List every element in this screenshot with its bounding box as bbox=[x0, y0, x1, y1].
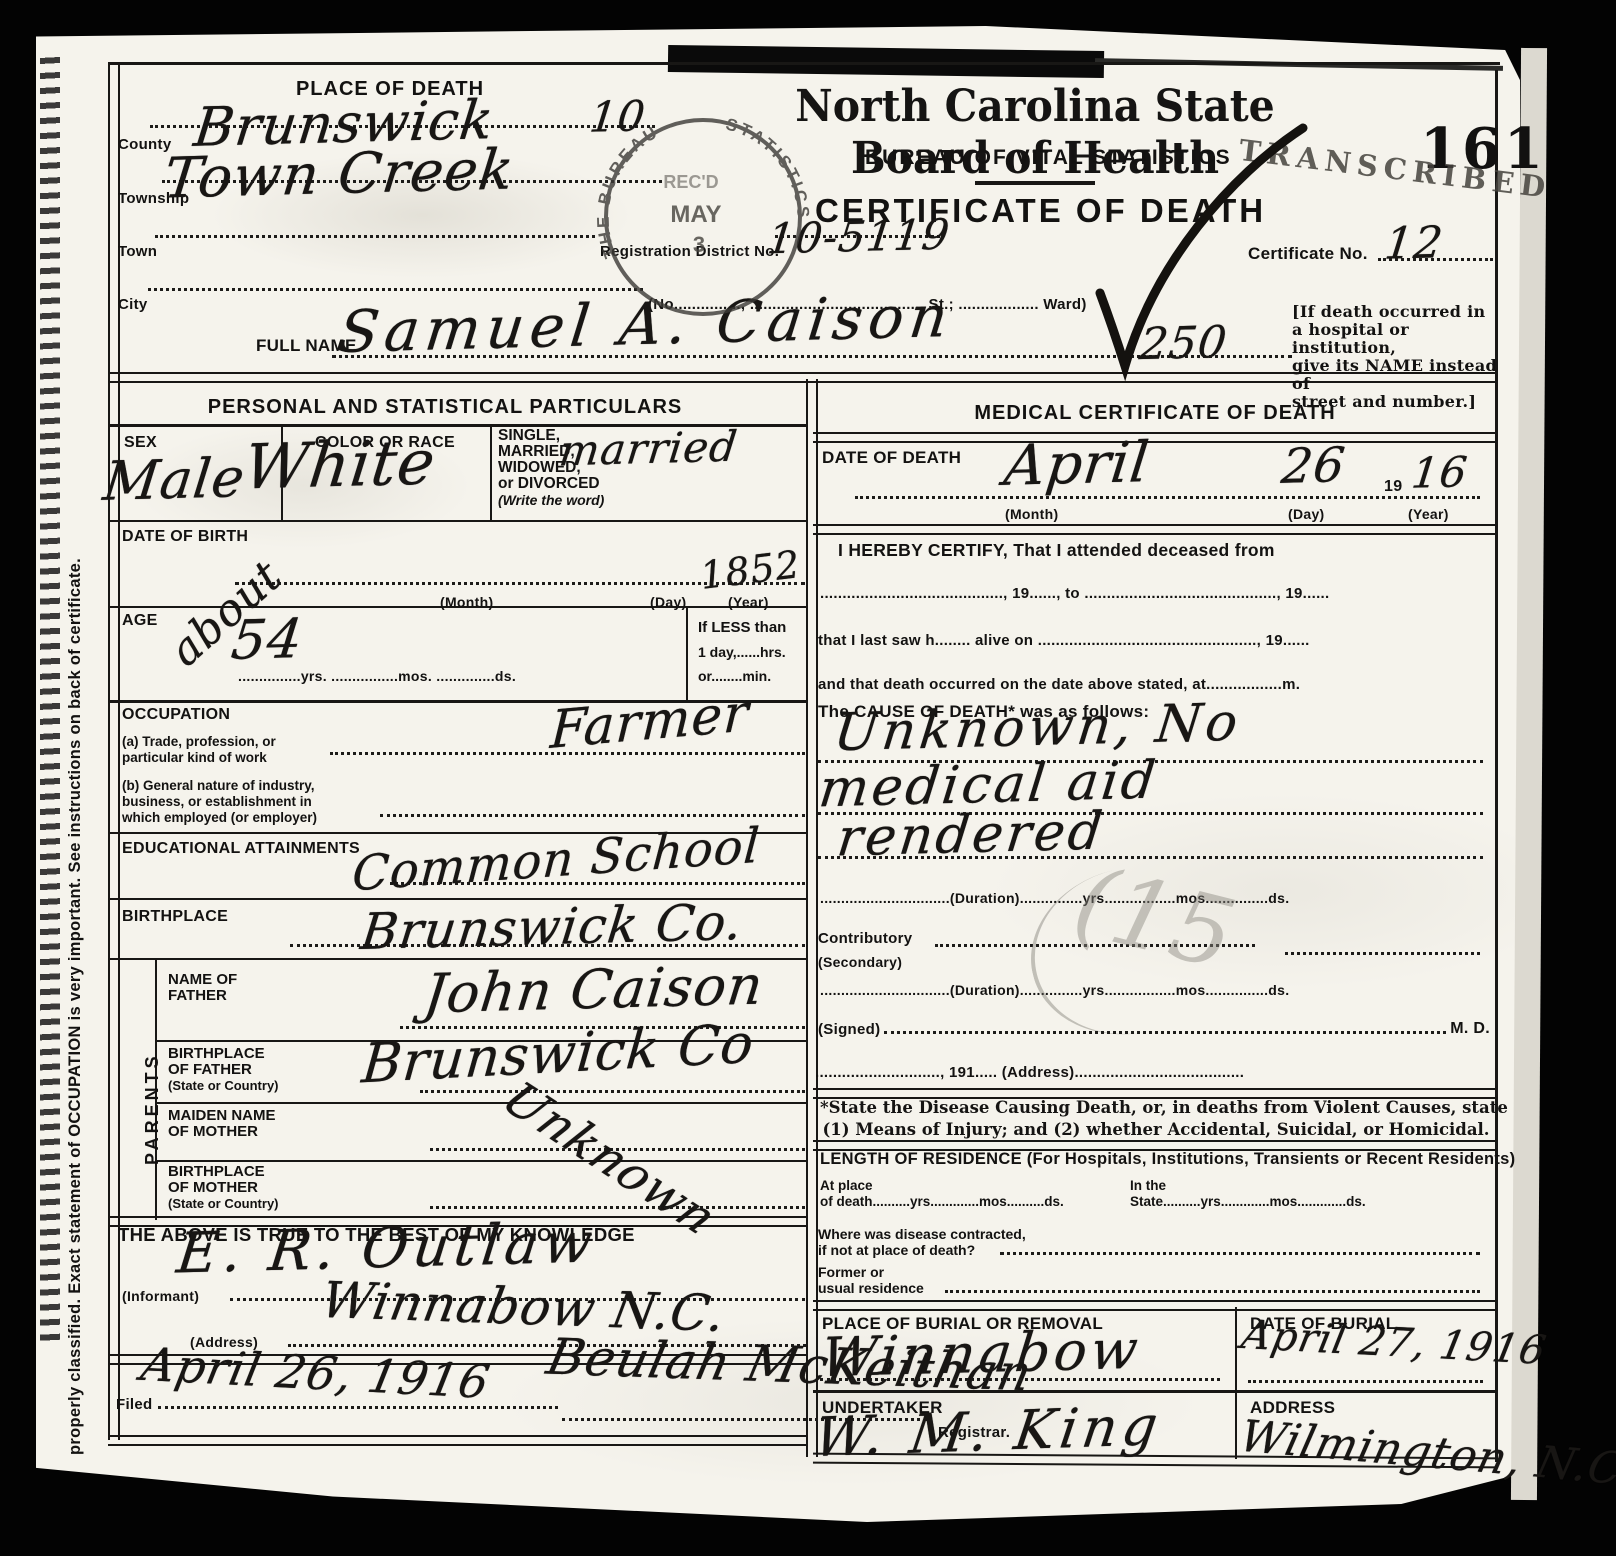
occupation-label: OCCUPATION bbox=[122, 706, 230, 724]
stamp-arc-top: THE BUREAU bbox=[596, 122, 663, 261]
age-units-line[interactable]: ...............yrs. ................mos.… bbox=[238, 668, 516, 684]
township-value: Town Creek bbox=[161, 137, 518, 211]
occ-a-line: (a) Trade, profession, or bbox=[122, 734, 276, 750]
state-or-country-caption: (State or Country) bbox=[168, 1078, 279, 1094]
certificate-no-value: 12 bbox=[1382, 217, 1446, 270]
education-label: EDUCATIONAL ATTAINMENTS bbox=[122, 840, 360, 858]
former-line2: usual residence bbox=[818, 1280, 924, 1296]
signed-date-address-line[interactable]: ............................, 191..... (… bbox=[815, 1064, 1244, 1081]
mother-name-line: MAIDEN NAME bbox=[168, 1108, 276, 1124]
city-label: City bbox=[118, 296, 148, 313]
dod-day-value: 26 bbox=[1279, 437, 1349, 495]
in-the-line: In the bbox=[1130, 1178, 1366, 1194]
in-state-units-row: State ..........yrs.............mos.....… bbox=[1130, 1194, 1366, 1210]
filed-label: Filed bbox=[116, 1396, 153, 1413]
if-less-line: 1 day,......hrs. bbox=[698, 644, 786, 660]
occupation-b-label: (b) General nature of industry, business… bbox=[122, 778, 317, 826]
margin-instructions-note: properly classified. Exact statement of … bbox=[66, 45, 85, 1455]
filed-line[interactable] bbox=[158, 1406, 558, 1409]
at-place-units-row: of death ..........yrs.............mos..… bbox=[820, 1194, 1064, 1210]
mother-bp-line: BIRTHPLACE bbox=[168, 1164, 279, 1180]
father-bp-line: OF FATHER bbox=[168, 1062, 279, 1078]
burial-place-value: Winnabow bbox=[818, 1318, 1145, 1389]
sex-value: Male bbox=[100, 446, 248, 513]
date-of-death-label: DATE OF DEATH bbox=[822, 448, 961, 468]
stamp-arc-right: STATISTICS bbox=[724, 115, 810, 221]
city-line[interactable] bbox=[148, 288, 643, 291]
father-name-line: FATHER bbox=[168, 988, 237, 1004]
race-marital-divider bbox=[490, 424, 492, 520]
father-name-line: NAME OF bbox=[168, 972, 237, 988]
mother-bp-line-rule[interactable] bbox=[430, 1206, 805, 1209]
mother-bp-line: OF MOTHER bbox=[168, 1180, 279, 1196]
marital-label-line: (Write the word) bbox=[498, 492, 604, 508]
scanned-death-certificate: properly classified. Exact statement of … bbox=[0, 0, 1616, 1556]
at-place-line: At place bbox=[820, 1178, 1064, 1194]
undertaker-value: W. M. King bbox=[811, 1394, 1167, 1469]
md-label: M. D. bbox=[1450, 1020, 1490, 1038]
sex-row-rule bbox=[108, 520, 808, 522]
contracted-line1: Where was disease contracted, bbox=[818, 1226, 1026, 1242]
mother-birthplace-label: BIRTHPLACE OF MOTHER (State or Country) bbox=[168, 1164, 279, 1212]
if-less-line: or........min. bbox=[698, 668, 786, 684]
occ-b-line: business, or establishment in bbox=[122, 794, 317, 810]
marital-label-line: or DIVORCED bbox=[498, 476, 604, 492]
dod-month-value: April bbox=[1001, 430, 1153, 499]
father-bp-line: BIRTHPLACE bbox=[168, 1046, 279, 1062]
if-less-cell: If LESS than 1 day,......hrs. or........… bbox=[698, 620, 786, 684]
birthplace-label: BIRTHPLACE bbox=[122, 908, 228, 926]
father-bp-row-rule bbox=[155, 1102, 808, 1104]
former-residence-label: Former or usual residence bbox=[818, 1264, 924, 1296]
last-saw-line[interactable]: that I last saw h........ alive on .....… bbox=[818, 632, 1310, 649]
race-value: White bbox=[241, 426, 440, 504]
town-label: Town bbox=[118, 243, 157, 260]
marital-value: married bbox=[557, 422, 740, 476]
contributory-label: Contributory bbox=[818, 930, 912, 947]
stamp-line1: REC'D bbox=[663, 172, 718, 192]
dob-year-caption: (Year) bbox=[728, 594, 769, 610]
dod-row-rule bbox=[813, 524, 1498, 535]
of-death-label: of death bbox=[820, 1194, 873, 1210]
contributory-line-2[interactable] bbox=[1285, 952, 1480, 955]
signed-label: (Signed) bbox=[818, 1021, 880, 1038]
dod-year-caption: (Year) bbox=[1408, 506, 1449, 522]
state-or-country-caption: (State or Country) bbox=[168, 1196, 279, 1212]
cause-footnote-line1: *State the Disease Causing Death, or, in… bbox=[820, 1098, 1492, 1117]
mother-row-rule bbox=[155, 1160, 808, 1162]
father-bp-line-rule[interactable] bbox=[420, 1090, 805, 1093]
state-label: State bbox=[1130, 1194, 1163, 1210]
signed-line[interactable] bbox=[884, 1030, 1446, 1034]
occ-b-line: (b) General nature of industry, bbox=[122, 778, 317, 794]
age-value: 54 bbox=[228, 607, 306, 672]
parents-label: PARENTS bbox=[142, 1052, 163, 1165]
at-place-label: At place of death ..........yrs.........… bbox=[820, 1178, 1064, 1210]
dob-month-caption: (Month) bbox=[440, 594, 493, 610]
county-label: County bbox=[118, 136, 171, 153]
certify-dates-line[interactable]: ........................................… bbox=[820, 585, 1329, 602]
age-label: AGE bbox=[122, 612, 158, 630]
contracted-label: Where was disease contracted, if not at … bbox=[818, 1226, 1026, 1258]
informant-label: (Informant) bbox=[122, 1288, 199, 1304]
contracted-line2: if not at place of death? bbox=[818, 1242, 1026, 1258]
certify-line: I HEREBY CERTIFY, That I attended deceas… bbox=[838, 540, 1275, 561]
in-state-label: In the State ..........yrs.............m… bbox=[1130, 1178, 1366, 1210]
secondary-label: (Secondary) bbox=[818, 954, 902, 970]
dod-month-caption: (Month) bbox=[1005, 506, 1058, 522]
form-right-border bbox=[1495, 70, 1498, 1462]
father-birthplace-label: BIRTHPLACE OF FATHER (State or Country) bbox=[168, 1046, 279, 1094]
death-occurred-line: and that death occurred on the date abov… bbox=[818, 676, 1300, 693]
dob-label: DATE OF BIRTH bbox=[122, 528, 248, 546]
town-line[interactable] bbox=[155, 235, 595, 238]
dod-day-caption: (Day) bbox=[1288, 506, 1325, 522]
occ-a-line: particular kind of work bbox=[122, 750, 276, 766]
former-line1: Former or bbox=[818, 1264, 924, 1280]
mother-name-label: MAIDEN NAME OF MOTHER bbox=[168, 1108, 276, 1140]
medical-section-title: MEDICAL CERTIFICATE OF DEATH bbox=[900, 402, 1410, 425]
ifless-divider bbox=[686, 606, 688, 701]
personal-section-title: PERSONAL AND STATISTICAL PARTICULARS bbox=[140, 396, 750, 419]
svg-text:THE BUREAU: THE BUREAU bbox=[596, 122, 663, 261]
margin-clipped-text bbox=[40, 55, 60, 1345]
residence-title: LENGTH OF RESIDENCE (For Hospitals, Inst… bbox=[820, 1150, 1515, 1169]
occupation-a-label: (a) Trade, profession, or particular kin… bbox=[122, 734, 276, 766]
dob-day-caption: (Day) bbox=[650, 594, 687, 610]
stamp-line2: MAY bbox=[670, 201, 721, 228]
form-top-border bbox=[108, 62, 1500, 65]
mother-name-line: OF MOTHER bbox=[168, 1124, 276, 1140]
former-residence-line[interactable] bbox=[945, 1290, 1480, 1293]
column-divider bbox=[806, 379, 818, 1457]
father-name-label: NAME OF FATHER bbox=[168, 972, 237, 1004]
right-band-rule bbox=[813, 432, 1498, 443]
dod-year-value: 16 bbox=[1409, 447, 1470, 497]
at-place-units[interactable]: ..........yrs.............mos..........d… bbox=[873, 1194, 1064, 1210]
date-of-death-line[interactable] bbox=[855, 496, 1480, 499]
contracted-answer-line[interactable] bbox=[1000, 1252, 1480, 1255]
residence-burial-rule bbox=[813, 1300, 1498, 1311]
in-state-units[interactable]: ..........yrs.............mos...........… bbox=[1163, 1194, 1366, 1210]
burial-date-line[interactable] bbox=[1248, 1380, 1483, 1383]
cause-footnote-line2: (1) Means of Injury; and (2) whether Acc… bbox=[820, 1120, 1492, 1139]
if-less-line: If LESS than bbox=[698, 620, 786, 636]
occupation-b-line[interactable] bbox=[380, 814, 805, 817]
checkmark-annotation bbox=[1055, 88, 1325, 398]
burial-cell-divider bbox=[1235, 1307, 1237, 1459]
stamp-line3: 3 bbox=[693, 232, 705, 257]
received-date-stamp: THE BUREAU STATISTICS REC'D MAY 3 bbox=[596, 110, 810, 324]
left-bottom-border bbox=[108, 1435, 808, 1446]
occ-b-line: which employed (or employer) bbox=[122, 810, 317, 826]
signed-row: (Signed) M. D. bbox=[818, 1020, 1490, 1038]
birthplace-value: Brunswick Co. bbox=[358, 893, 746, 961]
cause-value-line1: Unknown, No bbox=[831, 693, 1245, 764]
dod-year-printed: 19 bbox=[1384, 478, 1402, 496]
cause-value-line3: rendered bbox=[834, 802, 1108, 869]
svg-text:STATISTICS: STATISTICS bbox=[724, 115, 810, 221]
